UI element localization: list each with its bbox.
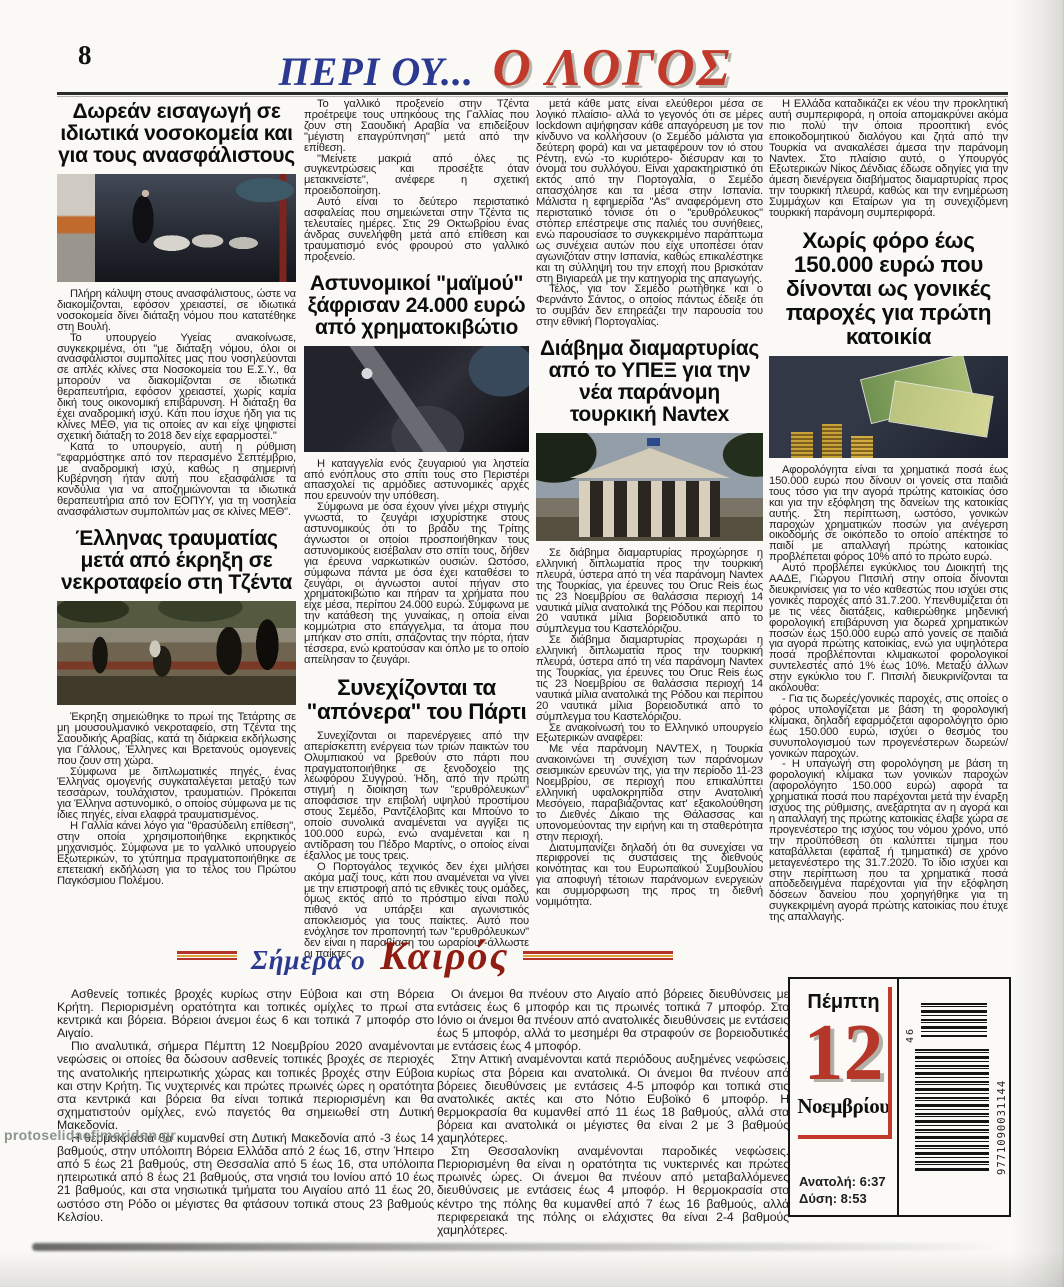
column-2: Το γαλλικό προξενείο στην Τζέντα προέτρε… (304, 99, 529, 960)
article-paragraph: Το υπουργείο Υγείας ανακοίνωσε, συγκεκρι… (57, 333, 296, 442)
newspaper-page: 8 ΠΕΡΙ ΟΥ... Ο ΛΟΓΟΣ Δωρεάν εισαγωγή σε … (0, 0, 1064, 1287)
weather-paragraph: Οι άνεμοι θα πνέουν στο Αιγαίο από βόρει… (437, 988, 789, 1053)
article-paragraph: Αυτό είναι το δεύτερο περιστατικό ασφαλε… (304, 197, 529, 262)
article-paragraph: Τέλος, για τον Σεμέδο ρωτήθηκε και ο Φερ… (536, 284, 763, 328)
masthead-section-title: ΠΕΡΙ ΟΥ... (279, 49, 474, 94)
calendar-panel: Πέμπτη 12 Νοεμβρίου Ανατολή: 6:37 Δύση: … (790, 979, 897, 1215)
article-paragraph: - Η υπαγωγή στη φορολόγηση με βάση τη φο… (769, 759, 1008, 923)
column-1: Δωρεάν εισαγωγή σε ιδιωτικά νοσοκομεία κ… (57, 101, 296, 887)
euro-banknotes-coins-photo (769, 356, 1008, 458)
article-paragraph: Σύμφωνα με διπλωματικές πηγές, ένας Έλλη… (57, 767, 296, 822)
sunrise-time: Ανατολή: 6:37 (799, 1173, 886, 1190)
article-paragraph: Διατυμπανίζει δηλαδή ότι θα συνεχίσει να… (536, 843, 763, 908)
article-headline-tax-free: Χωρίς φόρο έως 150.000 ευρώ που δίνονται… (769, 229, 1008, 349)
scan-edge-bottom (0, 1251, 1064, 1287)
weather-column-right: Οι άνεμοι θα πνέουν στο Αιγαίο από βόρει… (437, 988, 789, 1237)
article-headline-party: Συνεχίζονται τα "απόνερα" του Πάρτι (304, 676, 529, 724)
site-watermark: protoselidaefimeridon.gr (4, 1127, 176, 1143)
barcode-small (921, 1003, 987, 1037)
banner-decor-line-left (177, 951, 237, 960)
weather-paragraph: Στη Θεσσαλονίκη αναμένονται παροδικές νε… (437, 1145, 789, 1237)
date-box: Πέμπτη 12 Νοεμβρίου Ανατολή: 6:37 Δύση: … (788, 977, 1011, 1217)
barcode-digits: 9771090031144 (996, 1045, 1008, 1175)
article-paragraph: Έκρηξη σημειώθηκε το πρωί της Τετάρτης σ… (57, 712, 296, 767)
article-paragraph: Σύμφωνα με όσα έχουν γίνει μέχρι στιγμής… (304, 502, 529, 666)
article-paragraph: - Για τις δωρεές/γονικές παροχές, στις ο… (769, 694, 1008, 759)
article-paragraph: "Μείνετε μακριά από όλες τις συγκεντρώσε… (304, 154, 529, 198)
weather-banner-prefix: Σήμερα ο (251, 945, 366, 975)
barcode-issue-number: 46 (905, 1003, 916, 1043)
safe-robbery-photo (304, 346, 529, 452)
banner-decor-line-right (523, 951, 673, 960)
cemetery-explosion-photo (57, 601, 296, 705)
article-paragraph: Σε ανακοίνωσή του το Ελληνικό υπουργείο … (536, 723, 763, 745)
sunset-time: Δύση: 8:53 (799, 1190, 886, 1207)
weather-paragraph: Στην Αττική αναμένονται κατά περιόδους α… (437, 1053, 789, 1145)
sun-times: Ανατολή: 6:37 Δύση: 8:53 (799, 1173, 886, 1207)
weather-banner-word: Καιρός (380, 933, 509, 978)
scan-edge-right (1012, 0, 1064, 1287)
article-paragraph: μετά κάθε ματς είναι ελεύθεροι μέσα σε λ… (536, 99, 763, 284)
article-headline-fake-police: Αστυνομικοί "μαϊμού" ξάφρισαν 24.000 ευρ… (304, 273, 529, 339)
weather-column-left: Ασθενείς τοπικές βροχές κυρίως στην Εύβο… (57, 988, 434, 1224)
weather-paragraph: Ασθενείς τοπικές βροχές κυρίως στην Εύβο… (57, 988, 434, 1040)
column-4: Η Ελλάδα καταδικάζει εκ νέου την προκλητ… (769, 99, 1008, 923)
foreign-ministry-building-photo (536, 433, 763, 541)
weather-paragraph: Πιο αναλυτικά, σήμερα Πέμπτη 12 Νοεμβρίο… (57, 1040, 434, 1132)
article-paragraph: Συνεχίζονται οι παρενέργειες από την απε… (304, 731, 529, 862)
article-paragraph: Αυτό προβλέπει εγκύκλιος του Διοικητή τη… (769, 563, 1008, 694)
weather-banner-title: Σήμερα ο Καιρός (251, 932, 509, 979)
scan-smudge (32, 1243, 1007, 1251)
weather-banner: Σήμερα ο Καιρός (57, 928, 1008, 982)
barcode-panel: 46 9771090031144 (897, 979, 1009, 1215)
weather-paragraph: Η θερμοκρασία θα κυμανθεί στη Δυτική Μακ… (57, 1132, 434, 1224)
article-headline-jeddah-blast: Έλληνας τραυματίας μετά από έκρηξη σε νε… (57, 528, 296, 594)
calendar-corner-frame (798, 987, 892, 1139)
article-headline-insurance: Δωρεάν εισαγωγή σε ιδιωτικά νοσοκομεία κ… (57, 101, 296, 167)
masthead-logo: Ο ΛΟΓΟΣ (492, 39, 731, 97)
article-headline-navtex: Διάβημα διαμαρτυρίας από το ΥΠΕΞ για την… (536, 338, 763, 426)
article-paragraph: Η Γαλλία κάνει λόγο για "θρασύδειλη επίθ… (57, 821, 296, 886)
barcode-main (915, 1049, 989, 1171)
article-paragraph: Αφορολόγητα είναι τα χρηματικά ποσά έως … (769, 465, 1008, 563)
article-paragraph: Το γαλλικό προξενείο στην Τζέντα προέτρε… (304, 99, 529, 154)
article-paragraph: Η Ελλάδα καταδικάζει εκ νέου την προκλητ… (769, 99, 1008, 219)
article-paragraph: Η καταγγελία ενός ζευγαριού για ληστεία … (304, 459, 529, 503)
article-paragraph: Πλήρη κάλυψη στους ανασφάλιστους, ώστε ν… (57, 289, 296, 333)
masthead: ΠΕΡΙ ΟΥ... Ο ΛΟΓΟΣ (0, 38, 1010, 98)
article-paragraph: Σε διάβημα διαμαρτυρίας προχωράει η ελλη… (536, 635, 763, 722)
column-3: μετά κάθε ματς είναι ελεύθεροι μέσα σε λ… (536, 99, 763, 908)
article-paragraph: Κατά το υπουργείο, αυτή η ρύθμιση "εφαρμ… (57, 442, 296, 518)
article-paragraph: Σε διάβημα διαμαρτυρίας προχώρησε η ελλη… (536, 548, 763, 635)
ambulance-stretcher-photo (57, 174, 296, 282)
article-paragraph: Με νέα παράνομη NAVTEX, η Τουρκία ανακοι… (536, 744, 763, 842)
